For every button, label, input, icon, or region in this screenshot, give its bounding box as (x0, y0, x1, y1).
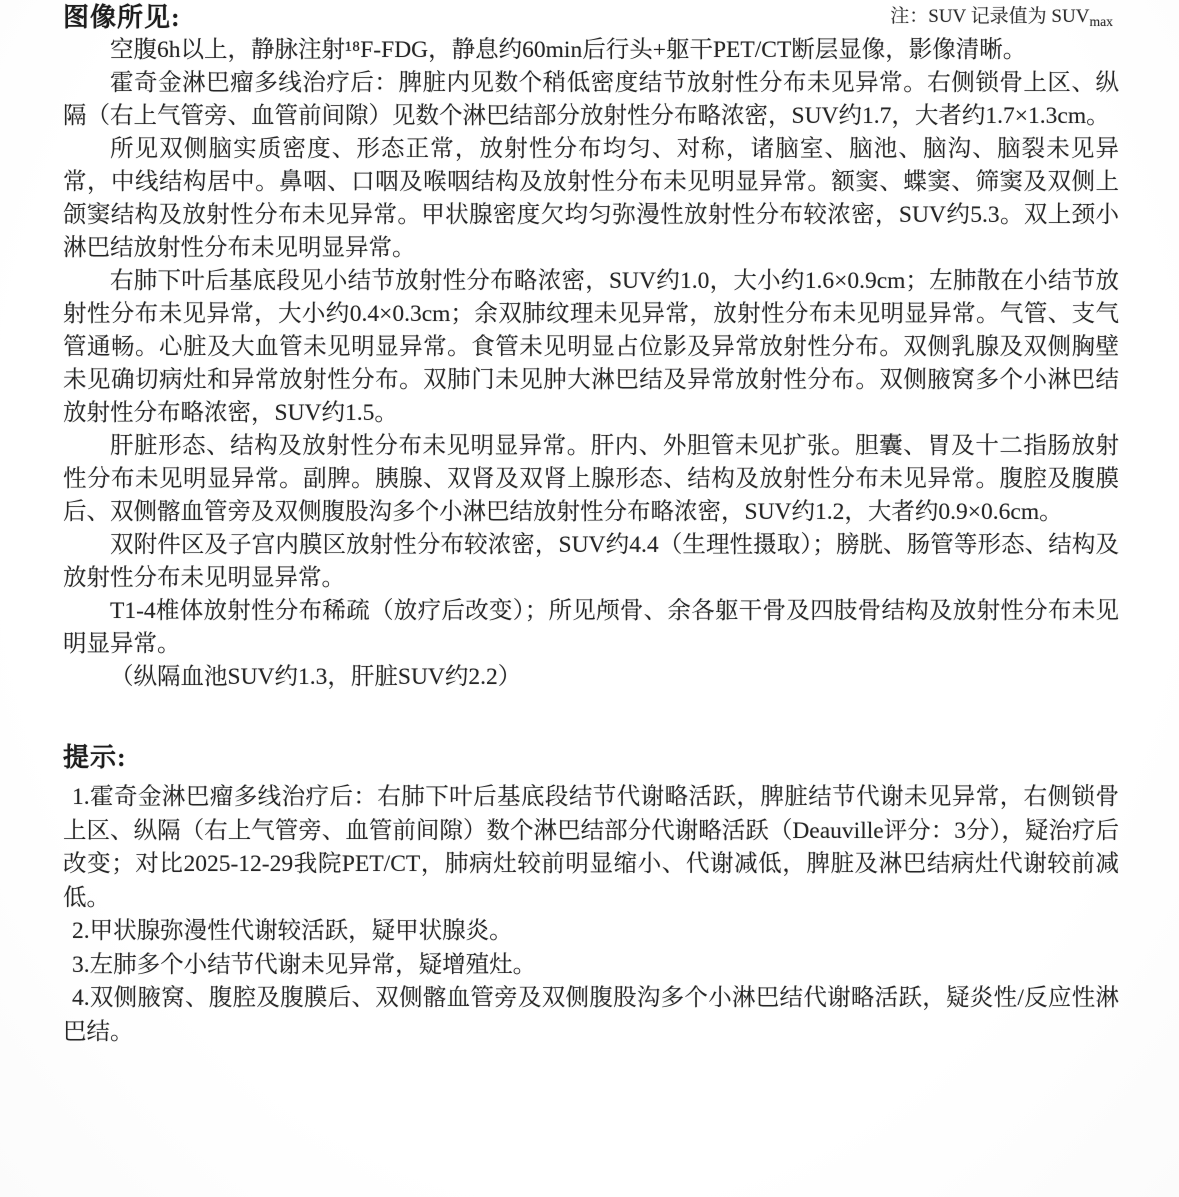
suv-note: 注：SUV 记录值为 SUVmax (890, 1, 1119, 30)
impression-section: 提示: 1.霍奇金淋巴瘤多线治疗后：右肺下叶后基底段结节代谢略活跃，脾脏结节代谢… (63, 741, 1119, 1049)
finding-paragraph-abdomen: 肝脏形态、结构及放射性分布未见明显异常。肝内、外胆管未见扩张。胆囊、胃及十二指肠… (63, 430, 1119, 529)
finding-paragraph-pelvis: 双附件区及子宫内膜区放射性分布较浓密，SUV约4.4（生理性摄取）；膀胱、肠管等… (63, 529, 1119, 595)
finding-paragraph-lymphoma: 霍奇金淋巴瘤多线治疗后：脾脏内见数个稍低密度结节放射性分布未见异常。右侧锁骨上区… (63, 67, 1119, 133)
impression-list: 1.霍奇金淋巴瘤多线治疗后：右肺下叶后基底段结节代谢略活跃，脾脏结节代谢未见异常… (63, 781, 1119, 1049)
finding-paragraph-head-neck: 所见双侧脑实质密度、形态正常，放射性分布均匀、对称，诸脑室、脑池、脑沟、脑裂未见… (63, 133, 1119, 265)
impression-heading: 提示: (63, 741, 1119, 774)
findings-heading: 图像所见: (63, 1, 181, 34)
impression-item-3: 3.左肺多个小结节代谢未见异常，疑增殖灶。 (63, 949, 1119, 983)
finding-paragraph-chest: 右肺下叶后基底段见小结节放射性分布略浓密，SUV约1.0，大小约1.6×0.9c… (63, 265, 1119, 430)
suv-note-subscript: max (1089, 14, 1113, 29)
suv-note-text: 注：SUV 记录值为 SUV (890, 6, 1089, 27)
finding-paragraph-reference: （纵隔血池SUV约1.3，肝脏SUV约2.2） (63, 661, 1119, 694)
finding-paragraph-bone: T1-4椎体放射性分布稀疏（放疗后改变）；所见颅骨、余各躯干骨及四肢骨结构及放射… (63, 595, 1119, 661)
report-page: 图像所见: 注：SUV 记录值为 SUVmax 空腹6h以上，静脉注射¹⁸F-F… (0, 0, 1179, 1197)
findings-body: 空腹6h以上，静脉注射¹⁸F-FDG，静息约60min后行头+躯干PET/CT断… (63, 34, 1119, 694)
impression-item-2: 2.甲状腺弥漫性代谢较活跃，疑甲状腺炎。 (63, 915, 1119, 949)
report-header: 图像所见: 注：SUV 记录值为 SUVmax (63, 1, 1119, 34)
impression-item-4: 4.双侧腋窝、腹腔及腹膜后、双侧髂血管旁及双侧腹股沟多个小淋巴结代谢略活跃，疑炎… (63, 982, 1119, 1049)
impression-item-1: 1.霍奇金淋巴瘤多线治疗后：右肺下叶后基底段结节代谢略活跃，脾脏结节代谢未见异常… (63, 781, 1119, 915)
finding-paragraph-injection: 空腹6h以上，静脉注射¹⁸F-FDG，静息约60min后行头+躯干PET/CT断… (63, 34, 1119, 67)
